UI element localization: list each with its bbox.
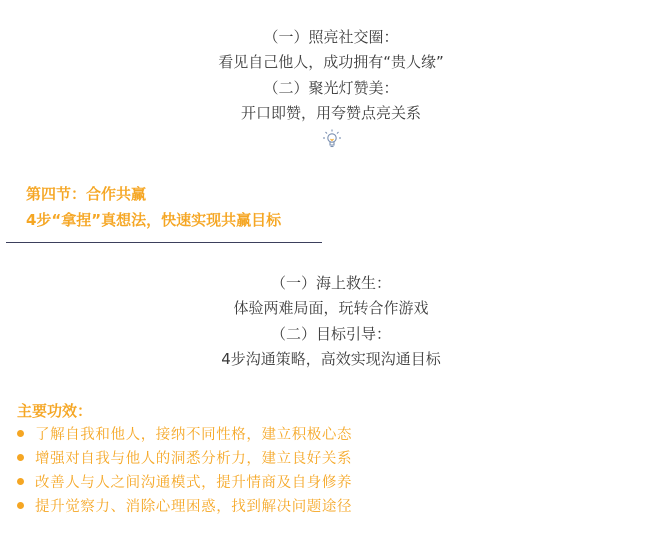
effect-text: 提升觉察力、消除心理困惑，找到解决问题途径 <box>35 499 352 515</box>
section4-item2-heading: （二）目标引导： <box>0 324 662 344</box>
lightbulb-icon <box>320 127 344 151</box>
section4-title: 第四节：合作共赢 <box>26 184 146 204</box>
section3-item2-desc: 开口即赞，用夸赞点亮关系 <box>0 103 662 123</box>
effect-item: 了解自我和他人，接纳不同性格，建立积极心态 <box>17 425 352 445</box>
effects-title: 主要功效： <box>17 401 92 421</box>
section3-item1-heading: （一）照亮社交圈： <box>0 27 662 47</box>
section3-item2-heading: （二）聚光灯赞美： <box>0 78 662 98</box>
section4-item1-desc: 体验两难局面，玩转合作游戏 <box>0 298 662 318</box>
effect-item: 增强对自我与他人的洞悉分析力，建立良好关系 <box>17 449 352 469</box>
effect-text: 了解自我和他人，接纳不同性格，建立积极心态 <box>35 427 352 443</box>
bullet-dot-icon <box>17 454 24 461</box>
effect-text: 增强对自我与他人的洞悉分析力，建立良好关系 <box>35 451 352 467</box>
bullet-dot-icon <box>17 478 24 485</box>
effect-text: 改善人与人之间沟通模式，提升情商及自身修养 <box>35 475 352 491</box>
bullet-dot-icon <box>17 430 24 437</box>
section4-item1-heading: （一）海上救生： <box>0 273 662 293</box>
bullet-dot-icon <box>17 502 24 509</box>
section3-item1-desc: 看见自己他人，成功拥有“贵人缘” <box>0 52 662 72</box>
effect-item: 提升觉察力、消除心理困惑，找到解决问题途径 <box>17 497 352 517</box>
effect-item: 改善人与人之间沟通模式，提升情商及自身修养 <box>17 473 352 493</box>
section-divider <box>6 242 322 243</box>
section4-item2-desc: 4步沟通策略，高效实现沟通目标 <box>0 349 662 369</box>
section4-subtitle: 4步“拿捏”真想法，快速实现共赢目标 <box>26 210 281 230</box>
